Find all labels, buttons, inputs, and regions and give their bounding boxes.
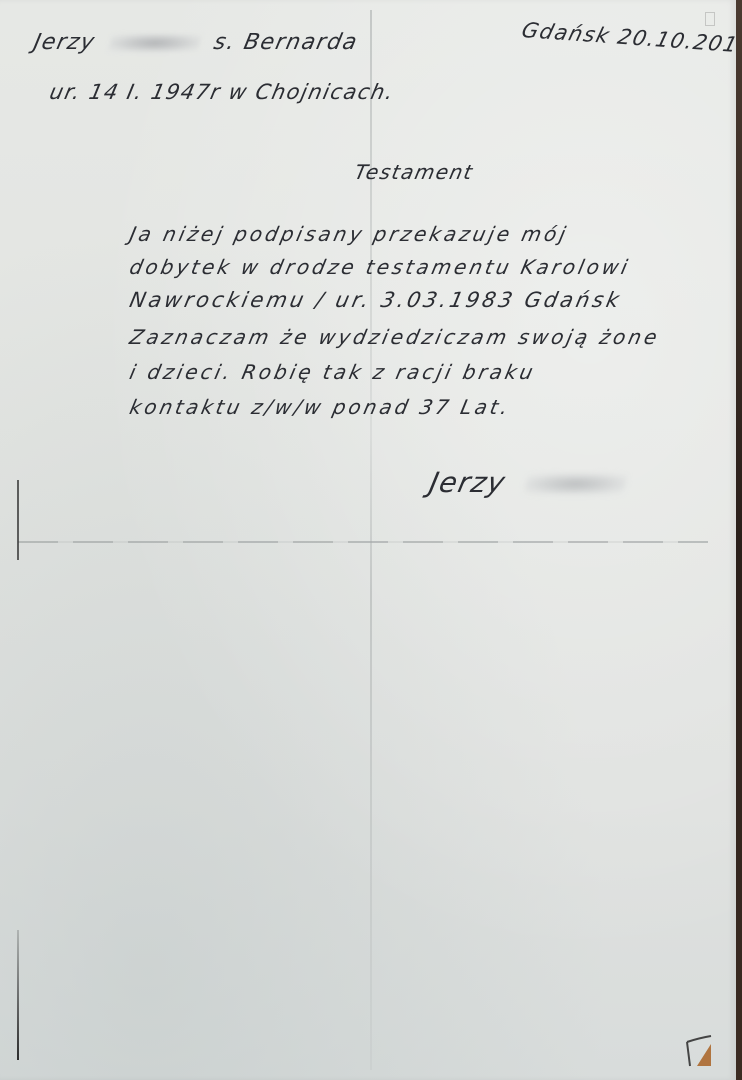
edge-mark xyxy=(17,930,19,1060)
document-title: Testament xyxy=(352,160,475,184)
body-line: Ja niżej podpisany przekazuje mój xyxy=(127,222,570,246)
table-surface-edge xyxy=(736,0,742,1080)
father-name: s. Bernarda xyxy=(211,30,360,55)
testator-name: Jerzy s. Bernarda xyxy=(31,30,360,55)
testator-first-name: Jerzy xyxy=(31,30,97,55)
redacted-signature-surname xyxy=(524,474,628,494)
body-line: Zaznaczam że wydziedziczam swoją żone xyxy=(127,325,662,349)
document-photo: Jerzy s. Bernarda ur. 14 I. 1947r w Choj… xyxy=(0,0,742,1080)
horizontal-fold-crease xyxy=(18,541,708,543)
watermark-corner-icon xyxy=(683,1030,717,1070)
birth-details: ur. 14 I. 1947r w Chojnicach. xyxy=(47,80,396,104)
signature: Jerzy xyxy=(426,466,629,499)
corner-mark xyxy=(705,12,715,26)
edge-mark xyxy=(17,480,19,560)
signature-first-name: Jerzy xyxy=(426,466,509,499)
body-line: dobytek w drodze testamentu Karolowi xyxy=(127,255,632,279)
body-line: kontaktu z/w/w ponad 37 Lat. xyxy=(127,395,513,419)
body-line: i dzieci. Robię tak z racji braku xyxy=(127,360,538,384)
body-line: Nawrockiemu / ur. 3.03.1983 Gdańsk xyxy=(127,288,624,312)
redacted-surname xyxy=(108,34,202,52)
